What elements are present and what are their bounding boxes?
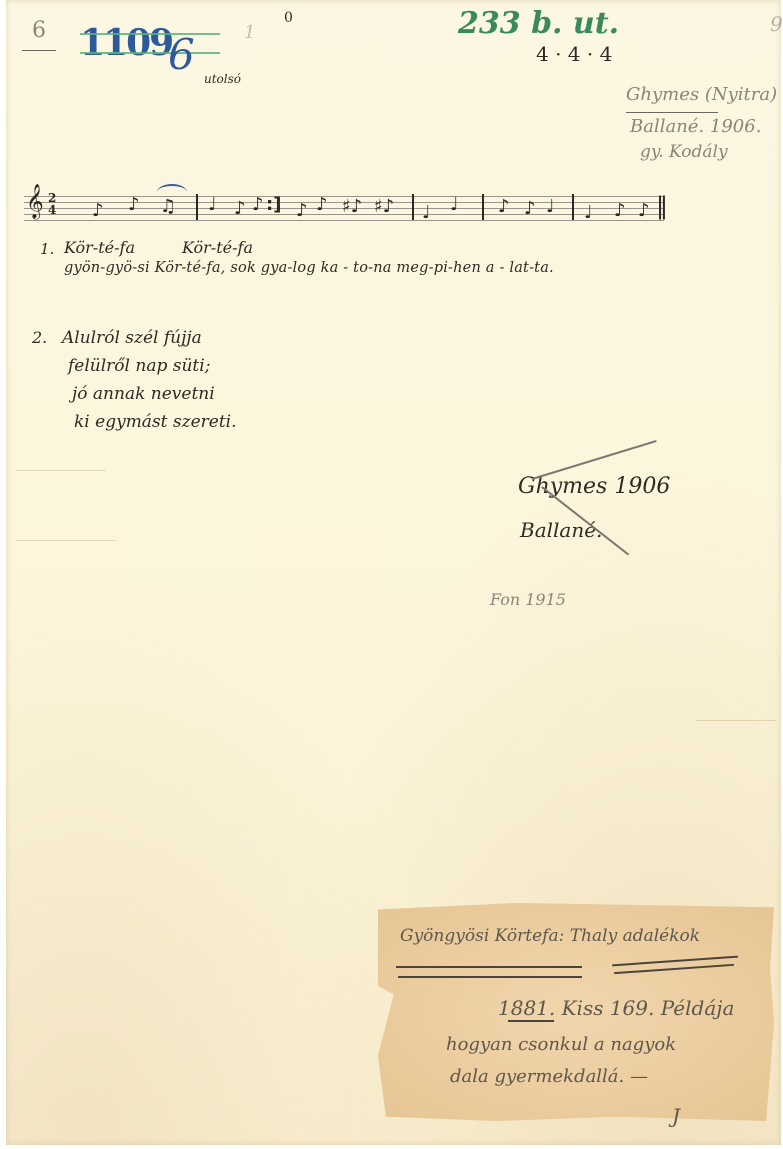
clipping-underline <box>396 966 582 968</box>
note: ♪ <box>128 196 140 214</box>
barline <box>196 194 198 220</box>
year-underline <box>508 1020 554 1022</box>
verse2-line: felülről nap süti; <box>68 356 210 376</box>
small-mark: 0 <box>284 10 293 26</box>
end-barline: ‖ <box>656 194 668 218</box>
note: ♪ <box>524 200 536 218</box>
treble-clef-icon: 𝄞 <box>26 184 44 219</box>
barline <box>572 194 574 220</box>
green-number: 233 b. ut. <box>458 6 619 41</box>
clipping-underline <box>398 976 582 978</box>
note: ♩ <box>422 204 431 222</box>
clipping-line4: dala gyermekdallá. — <box>450 1066 648 1087</box>
note: ♪ <box>498 198 510 216</box>
verse2-line: Alulról szél fújja <box>62 328 202 348</box>
pencil-note: Fon 1915 <box>490 590 566 609</box>
singer-year: Ballané. 1906. <box>630 116 761 137</box>
note: ♯♪ <box>342 198 362 216</box>
clipping-line3: hogyan csonkul a nagyok <box>446 1034 676 1055</box>
catalog-number-struck: 1109 <box>80 22 172 64</box>
verse1-line1-a: Kör-té-fa <box>64 238 135 257</box>
paper-crease <box>696 720 776 721</box>
note: ♩ <box>584 204 593 222</box>
barline <box>412 194 414 220</box>
collector: gy. Kodály <box>640 142 728 162</box>
small-tick: 1 <box>244 22 255 43</box>
verse1-line1-b: Kör-té-fa <box>182 238 253 257</box>
barline <box>482 194 484 220</box>
manuscript-page: 6 1109 6 utolsó 1 0 233 b. ut. 4 · 4 · 4… <box>6 0 781 1145</box>
green-strikethrough <box>80 52 220 54</box>
catalog-number-correction: 6 <box>168 30 195 79</box>
annotation-utolso: utolsó <box>204 72 241 86</box>
signature-name: Ballané. <box>520 518 602 542</box>
note: ♪ <box>638 202 650 220</box>
place-underline <box>626 112 718 113</box>
note: ♩ <box>208 196 217 214</box>
time-signature: 2 4 <box>48 192 56 216</box>
page-number-underline <box>22 50 56 51</box>
note: ♩ <box>546 198 555 216</box>
note: ♪ <box>92 202 104 220</box>
clipping-title: Gyöngyösi Körtefa: Thaly adalékok <box>400 926 700 946</box>
green-strikethrough <box>80 33 220 35</box>
verse1-line2: gyön-gyö-si Kör-té-fa, sok gya-log ka - … <box>64 260 554 276</box>
clipping-mark: J <box>672 1104 680 1128</box>
verse2-number: 2. <box>32 328 47 347</box>
note: ♪ <box>252 196 264 214</box>
place-name: Ghymes (Nyitra) <box>626 84 777 105</box>
note: ♪ <box>614 202 626 220</box>
paper-crease <box>16 470 106 471</box>
note: ♪ <box>234 200 246 218</box>
verse2-line: ki egymást szereti. <box>74 412 237 432</box>
verse2-line: jó annak nevetni <box>72 384 215 404</box>
note: ♩ <box>450 196 459 214</box>
note: ♫ <box>160 198 176 216</box>
verse1-number: 1. <box>40 240 54 258</box>
page-number: 6 <box>32 18 46 43</box>
music-staff: 𝄞 2 4 ♪ ♪ ♫ ♩ ♪ ♪ :] ♪ ♪ ♯♪ ♯♪ ♩ ♩ ♪ ♪ ♩… <box>24 190 664 224</box>
rhythm-code: 4 · 4 · 4 <box>536 42 612 66</box>
clipping-line2: 1881. Kiss 169. Példája <box>498 996 734 1020</box>
paper-crease <box>16 540 116 541</box>
note: ♪ <box>296 202 308 220</box>
corner-number: 96 <box>770 12 783 36</box>
repeat-sign: :] <box>266 196 281 214</box>
note: ♯♪ <box>374 198 394 216</box>
note: ♪ <box>316 196 328 214</box>
